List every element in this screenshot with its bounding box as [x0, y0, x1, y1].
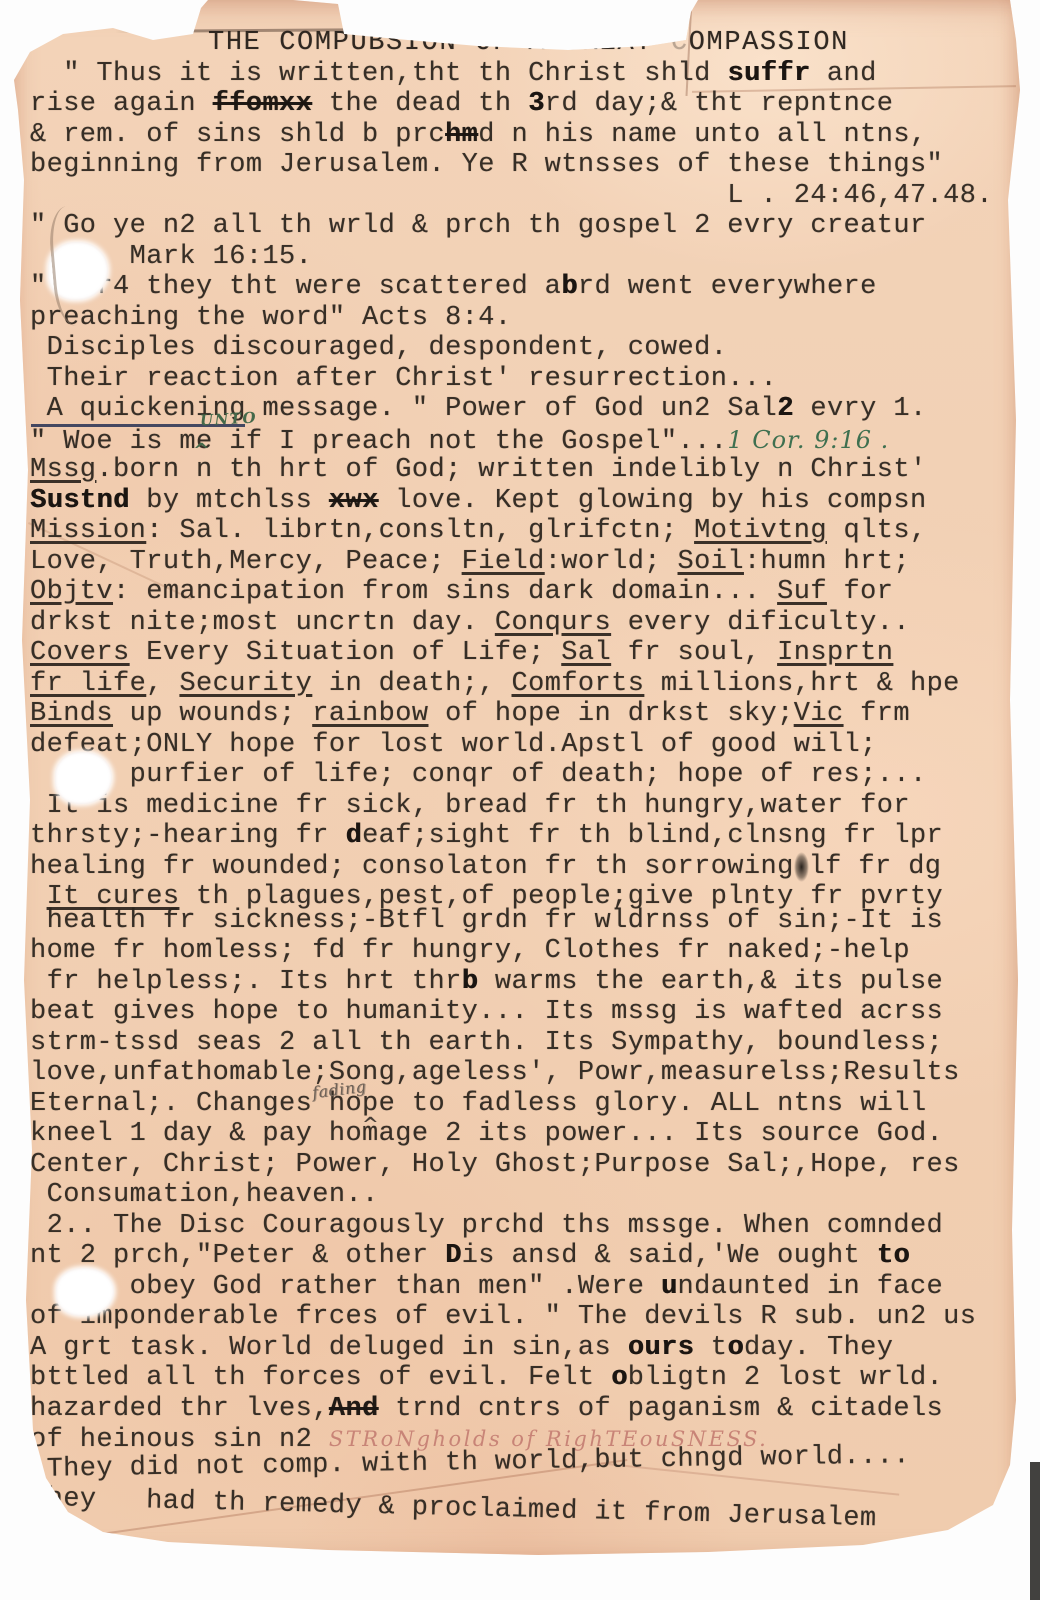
typed-line: rise again ffomxx the dead th 3rd day;& …	[30, 89, 1030, 120]
typed-line: of imponderable frces of evil. " The dev…	[30, 1302, 1030, 1333]
caret-mark: ^	[362, 1112, 379, 1136]
typed-line: preaching the word" Acts 8:4.	[30, 303, 1030, 334]
typed-line: Eternal;. Changes hope to fadless glory.…	[30, 1089, 1030, 1120]
typed-line: It is medicine fr sick, bread fr th hung…	[30, 791, 1030, 822]
typed-line: L . 24:46,47.48.	[30, 181, 1030, 212]
scanner-edge-shadow	[1030, 1462, 1040, 1600]
typed-line: beat gives hope to humanity... Its mssg …	[30, 997, 1030, 1028]
typed-line: They had th remedy & proclaimed it from …	[30, 1484, 1030, 1539]
typed-line: Covers Every Situation of Life; Sal fr s…	[30, 638, 1030, 669]
typed-line: Center, Christ; Power, Holy Ghost;Purpos…	[30, 1150, 1030, 1181]
typed-line: strm-tssd seas 2 all th earth. Its Sympa…	[30, 1028, 1030, 1059]
caret-mark: ^	[193, 438, 210, 462]
typed-line: " Go ye n2 all th wrld & prch th gospel …	[30, 211, 1030, 242]
typed-line: beginning from Jerusalem. Ye R wtnsses o…	[30, 150, 1030, 181]
typed-line: kneel 1 day & pay homage 2 its power... …	[30, 1119, 1030, 1150]
typed-line: A quickening message. " Power of God un2…	[30, 394, 1030, 425]
typed-line: purfier of life; conqr of death; hope of…	[30, 760, 1030, 791]
typed-line: " Thr4 they tht were scattered abrd went…	[30, 272, 1030, 303]
typed-line: thrsty;-hearing fr deaf;sight fr th blin…	[30, 821, 1030, 852]
paper-sheet: THE COMPUBSION OF A GREAT COMPASSION " T…	[8, 0, 1020, 1566]
typed-line: healing fr wounded; consolaton fr th sor…	[30, 852, 1030, 883]
scanned-document-page: THE COMPUBSION OF A GREAT COMPASSION " T…	[0, 0, 1040, 1600]
typed-line: nt 2 prch,"Peter & other Dis ansd & said…	[30, 1241, 1030, 1272]
typed-line: fr life, Security in death;, Comforts mi…	[30, 669, 1030, 700]
typed-line: Disciples discouraged, despondent, cowed…	[30, 333, 1030, 364]
typed-line: Binds up wounds; rainbow of hope in drks…	[30, 699, 1030, 730]
typed-line: Mission: Sal. librtn,consltn, glrifctn; …	[30, 516, 1030, 547]
typed-line: obey God rather than men" .Were undaunte…	[30, 1272, 1030, 1303]
typed-line: fr helpless;. Its hrt thrb warms the ear…	[30, 967, 1030, 998]
typed-line: Mssg.born n th hrt of God; written indel…	[30, 455, 1030, 486]
typed-line: bttled all th forces of evil. Felt oblig…	[30, 1363, 1030, 1394]
typed-line: 2.. The Disc Couragously prchd ths mssge…	[30, 1211, 1030, 1242]
typed-line: home fr homless; fd fr hungry, Clothes f…	[30, 936, 1030, 967]
typed-text-block: THE COMPUBSION OF A GREAT COMPASSION " T…	[30, 28, 1030, 1516]
typed-line: Objtv: emancipation from sins dark domai…	[30, 577, 1030, 608]
typed-line: defeat;ONLY hope for lost world.Apstl of…	[30, 730, 1030, 761]
typed-line: Love, Truth,Mercy, Peace; Field:world; S…	[30, 547, 1030, 578]
typed-line: drkst nite;most uncrtn day. Conqurs ever…	[30, 608, 1030, 639]
typed-line: " Woe is me if I preach not the Gospel".…	[30, 425, 1030, 456]
typed-line: love,unfathomable;Song,ageless', Powr,me…	[30, 1058, 1030, 1089]
typed-line: & rem. of sins shld b prchmd n his name …	[30, 120, 1030, 151]
typed-line: health fr sickness;-Btfl grdn fr wldrnss…	[30, 906, 1030, 937]
typed-line: Consumation,heaven..	[30, 1180, 1030, 1211]
typed-line: Mark 16:15.	[30, 242, 1030, 273]
typed-line: Sustnd by mtchlss xwx love. Kept glowing…	[30, 486, 1030, 517]
typed-line: " Thus it is written,tht th Christ shld …	[30, 59, 1030, 90]
typed-line: Their reaction after Christ' resurrectio…	[30, 364, 1030, 395]
handwritten-insert-unto: UNTO	[200, 409, 258, 430]
typed-line: A grt task. World deluged in sin,as ours…	[30, 1333, 1030, 1364]
typed-line: hazarded thr lves,And trnd cntrs of paga…	[30, 1394, 1030, 1425]
typed-line: THE COMPUBSION OF A GREAT COMPASSION	[30, 28, 1030, 59]
